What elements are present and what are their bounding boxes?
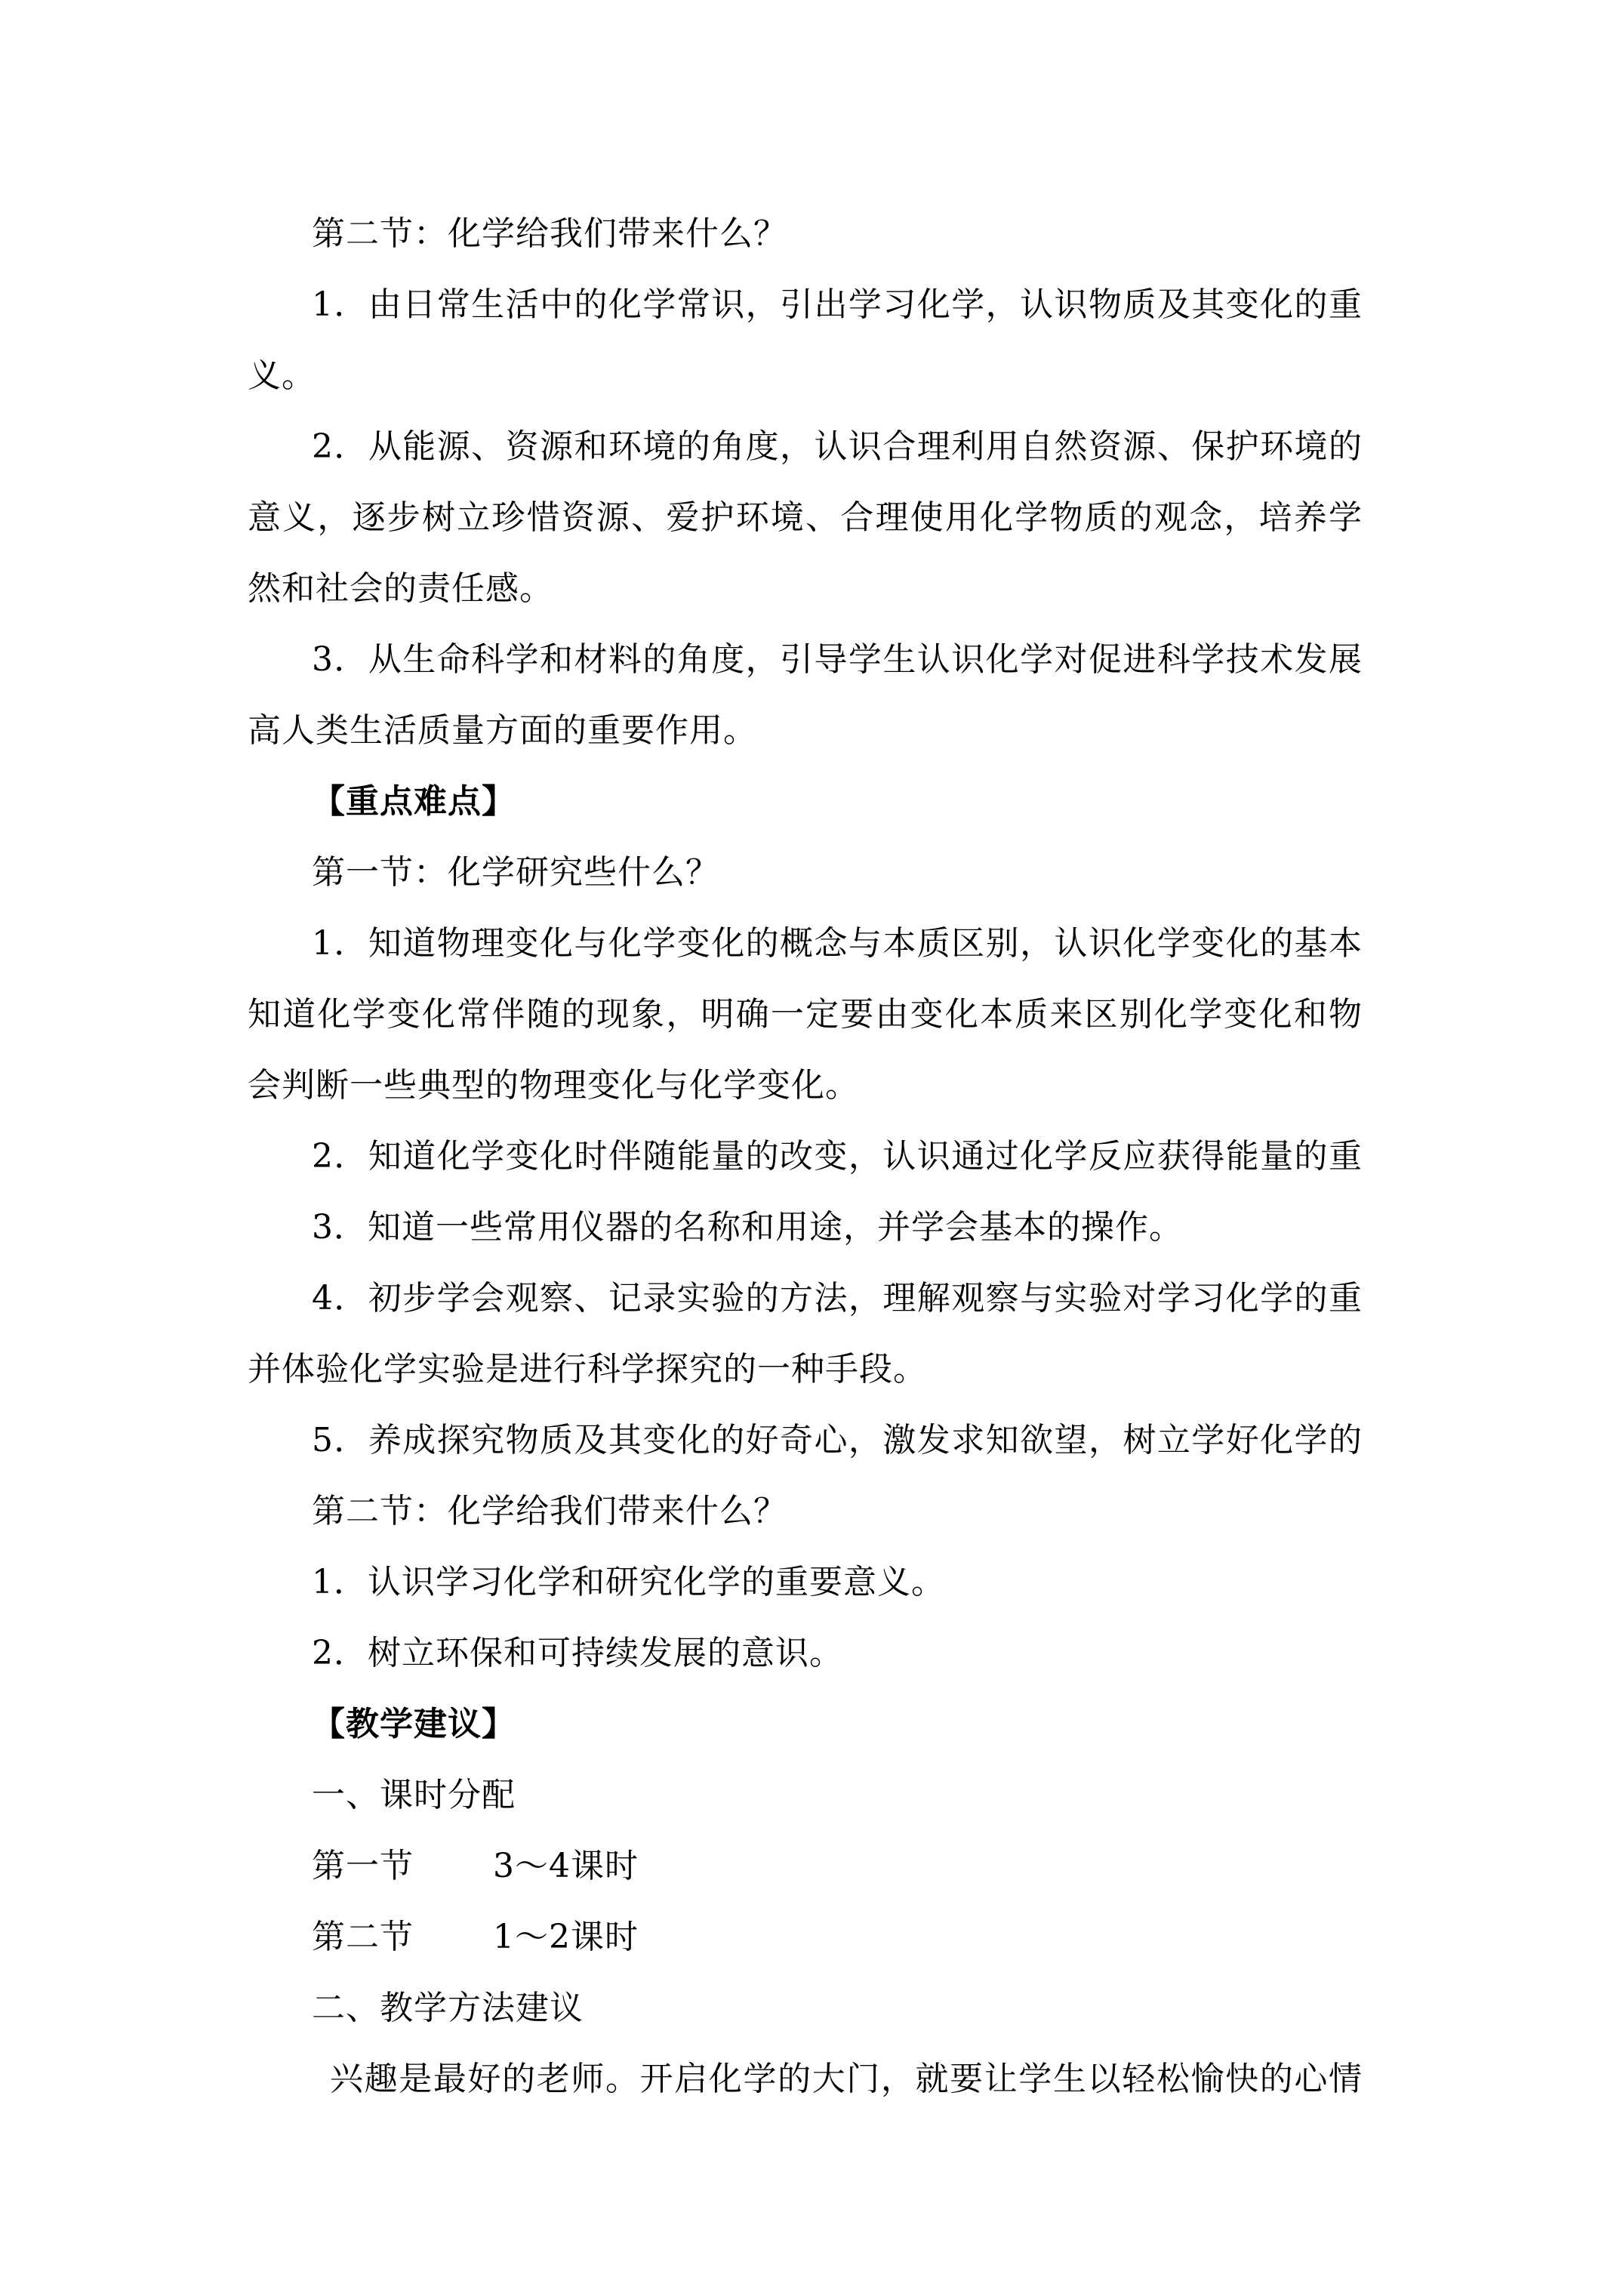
text-line: 并体验化学实验是进行科学探究的一种手段。 (248, 1334, 1363, 1405)
text-line: 3．从生命科学和材料的角度，引导学生认识化学对促进科学技术发展和提 (248, 624, 1363, 695)
text-line: 4．初步学会观察、记录实验的方法，理解观察与实验对学习化学的重要性， (248, 1263, 1363, 1334)
text-line: 义。 (248, 341, 1363, 411)
text-line: 2．树立环保和可持续发展的意识。 (248, 1618, 1363, 1689)
text-line: 会判断一些典型的物理变化与化学变化。 (248, 1050, 1363, 1121)
section-heading-line: 【教学建议】 (248, 1689, 1363, 1760)
section-heading-line: 【重点难点】 (248, 766, 1363, 837)
text-line: 高人类生活质量方面的重要作用。 (248, 695, 1363, 766)
text-line: 3．知道一些常用仪器的名称和用途，并学会基本的操作。 (248, 1192, 1363, 1263)
text-line: 2．从能源、资源和环境的角度，认识合理利用自然资源、保护环境的重要 (248, 411, 1363, 482)
text-line: 第二节：化学给我们带来什么？ (248, 199, 1363, 270)
text-line: 然和社会的责任感。 (248, 553, 1363, 624)
text-line: 1．认识学习化学和研究化学的重要意义。 (248, 1547, 1363, 1618)
text-line: 兴趣是最好的老师。开启化学的大门，就要让学生以轻松愉快的心情去认 (248, 2044, 1363, 2115)
text-line: 一、课时分配 (248, 1760, 1363, 1831)
text-line: 知道化学变化常伴随的现象，明确一定要由变化本质来区别化学变化和物理变化， (248, 979, 1363, 1050)
text-line: 第二节：化学给我们带来什么？ (248, 1476, 1363, 1547)
text-line: 意义，逐步树立珍惜资源、爱护环境、合理使用化学物质的观念，培养学生对自 (248, 482, 1363, 553)
text-line: 第一节：化学研究些什么？ (248, 837, 1363, 908)
text-line: 1．由日常生活中的化学常识，引出学习化学，认识物质及其变化的重要意 (248, 270, 1363, 341)
text-line: 第一节 3～4课时 (248, 1831, 1363, 1902)
text-line: 第二节 1～2课时 (248, 1902, 1363, 1973)
document-page: 第二节：化学给我们带来什么？1．由日常生活中的化学常识，引出学习化学，认识物质及… (0, 0, 1623, 2296)
text-line: 5．养成探究物质及其变化的好奇心，激发求知欲望，树立学好化学的信心。 (248, 1405, 1363, 1476)
document-text-block: 第二节：化学给我们带来什么？1．由日常生活中的化学常识，引出学习化学，认识物质及… (248, 199, 1363, 2115)
text-line: 二、教学方法建议 (248, 1973, 1363, 2044)
text-line: 2．知道化学变化时伴随能量的改变，认识通过化学反应获得能量的重要性。 (248, 1121, 1363, 1192)
text-line: 1．知道物理变化与化学变化的概念与本质区别，认识化学变化的基本特征， (248, 908, 1363, 979)
